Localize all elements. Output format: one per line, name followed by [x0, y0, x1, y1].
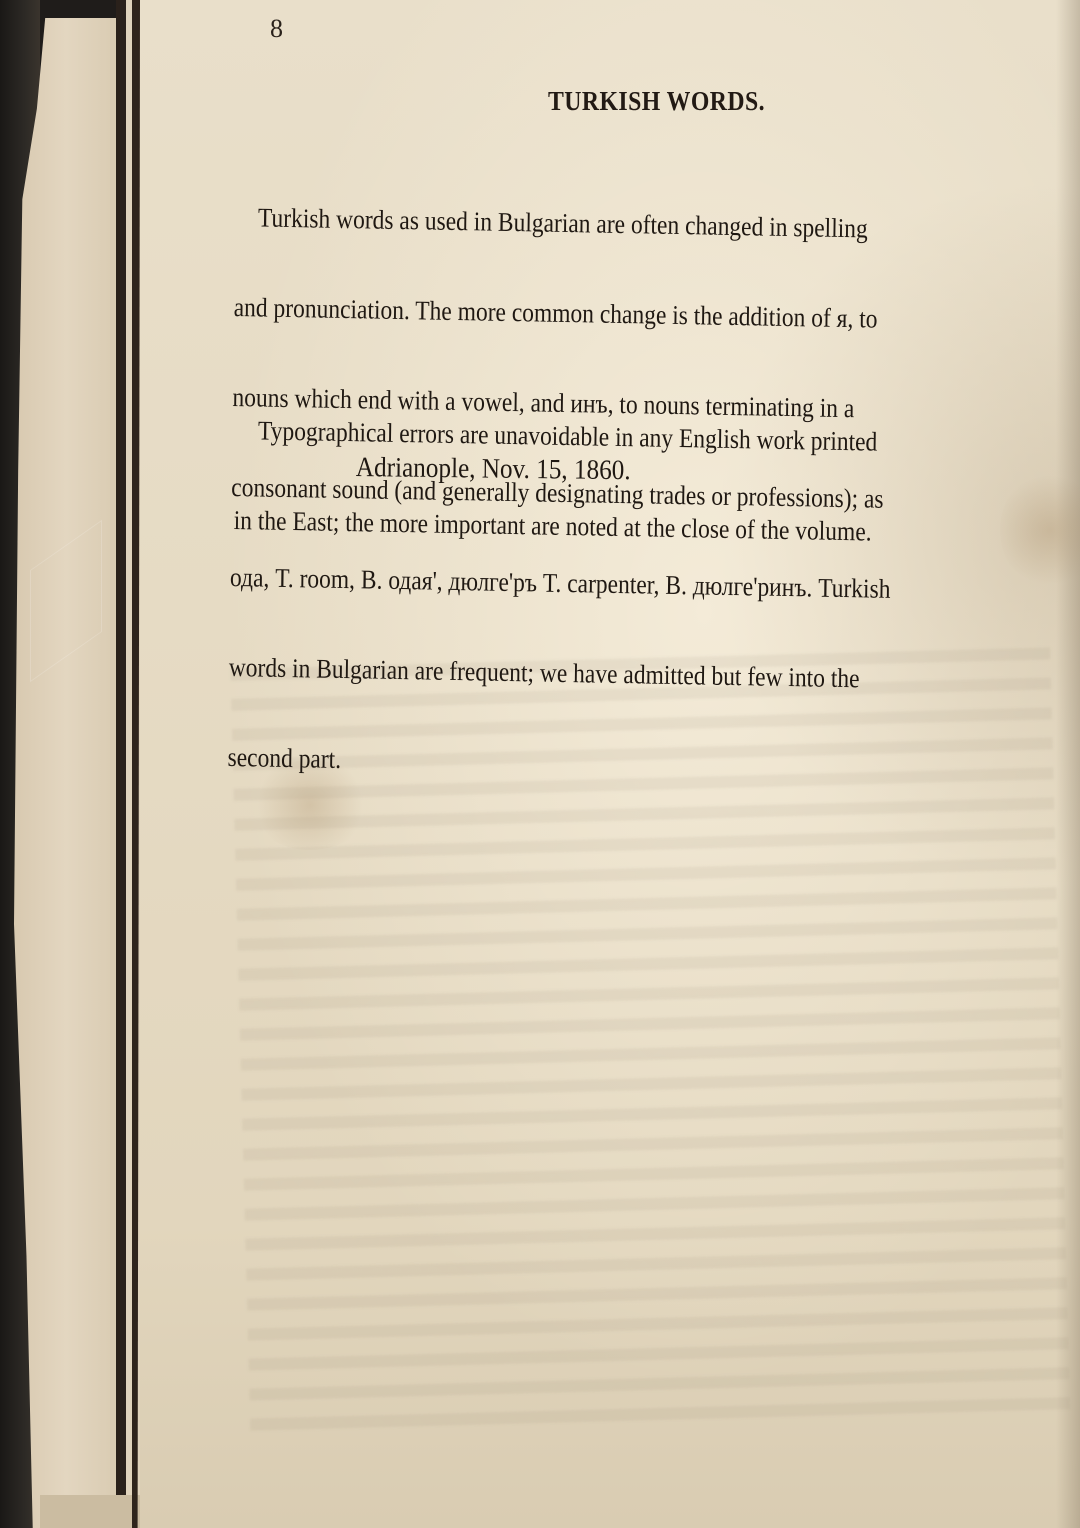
- text-line: Typographical errors are unavoidable in …: [235, 415, 975, 458]
- page-heading: TURKISH WORDS.: [548, 86, 765, 117]
- signoff-date: Adrianople, Nov. 15, 1860.: [356, 452, 631, 487]
- page-number: 8: [270, 14, 283, 44]
- text-line: in the East; the more important are note…: [234, 505, 974, 548]
- text-line: second part.: [227, 742, 967, 785]
- text-line: and pronunciation. The more common chang…: [234, 292, 974, 335]
- torn-back-page: [14, 18, 118, 1528]
- text-line: words in Bulgarian are frequent; we have…: [229, 652, 969, 695]
- text-line: Turkish words as used in Bulgarian are o…: [235, 202, 975, 245]
